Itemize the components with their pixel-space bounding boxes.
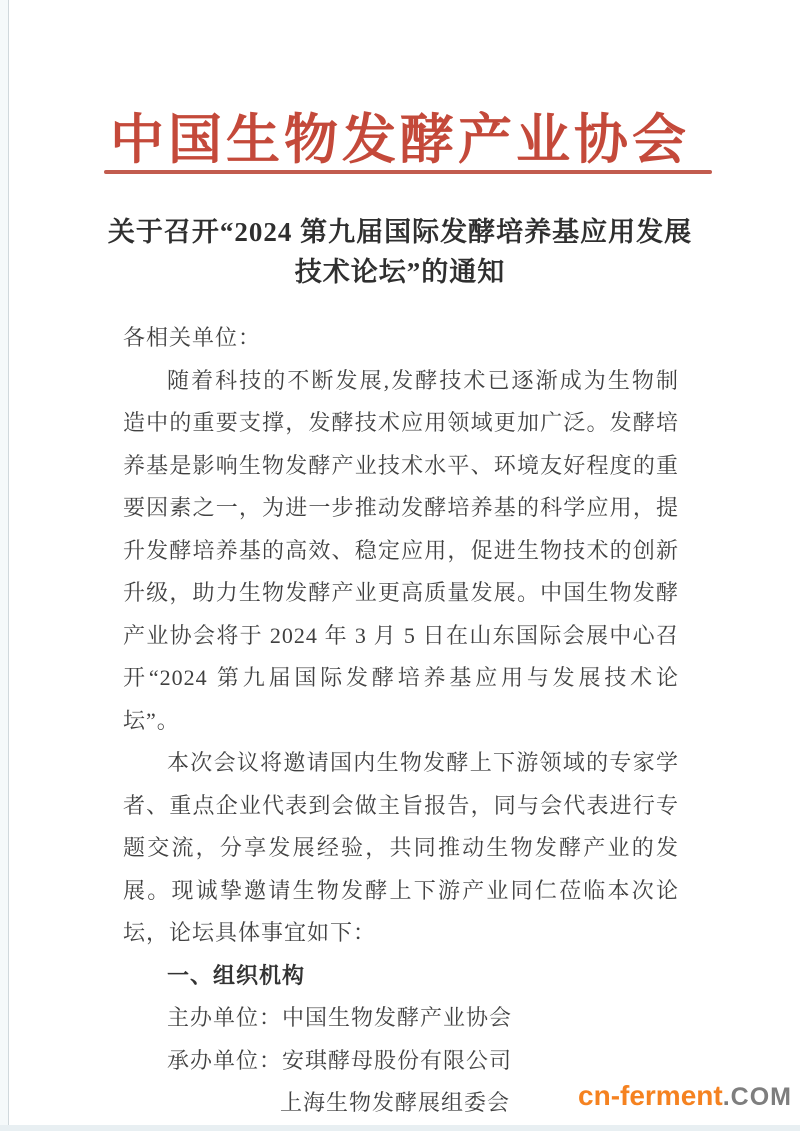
watermark: cn-ferment.COM	[578, 1080, 792, 1112]
scanned-notice-page: 中国生物发酵产业协会 关于召开“2024 第九届国际发酵培养基应用发展 技术论坛…	[0, 0, 800, 1131]
notice-title: 关于召开“2024 第九届国际发酵培养基应用发展 技术论坛”的通知	[60, 212, 740, 292]
watermark-suffix: .COM	[723, 1083, 792, 1111]
notice-body: 各相关单位： 随着科技的不断发展,发酵技术已逐渐成为生物制造中的重要支撑，发酵技…	[123, 317, 679, 1125]
organizer-row-host: 主办单位：中国生物发酵产业协会	[123, 997, 679, 1040]
notice-title-line2: 技术论坛”的通知	[60, 252, 740, 292]
scan-edge-bottom	[0, 1125, 800, 1131]
organizer-name: 安琪酵母股份有限公司	[282, 1048, 512, 1073]
notice-title-line1: 关于召开“2024 第九届国际发酵培养基应用发展	[60, 212, 740, 252]
letterhead-divider-rule	[104, 170, 712, 174]
organizer-label: 承办单位：	[167, 1048, 282, 1073]
organizer-label: 主办单位：	[167, 1005, 282, 1030]
body-paragraph-1: 随着科技的不断发展,发酵技术已逐渐成为生物制造中的重要支撑，发酵技术应用领域更加…	[123, 360, 679, 743]
section-heading-organization: 一、组织机构	[123, 955, 679, 998]
organizer-name: 上海生物发酵展组委会	[280, 1090, 510, 1115]
organizer-name: 中国生物发酵产业协会	[282, 1005, 512, 1030]
salutation: 各相关单位：	[123, 317, 679, 360]
org-letterhead-title: 中国生物发酵产业协会	[0, 97, 800, 174]
body-paragraph-2: 本次会议将邀请国内生物发酵上下游领域的专家学者、重点企业代表到会做主旨报告，同与…	[123, 742, 679, 955]
organizer-row-undertaker: 承办单位：安琪酵母股份有限公司	[123, 1040, 679, 1083]
watermark-brand: cn-ferment	[578, 1080, 723, 1111]
